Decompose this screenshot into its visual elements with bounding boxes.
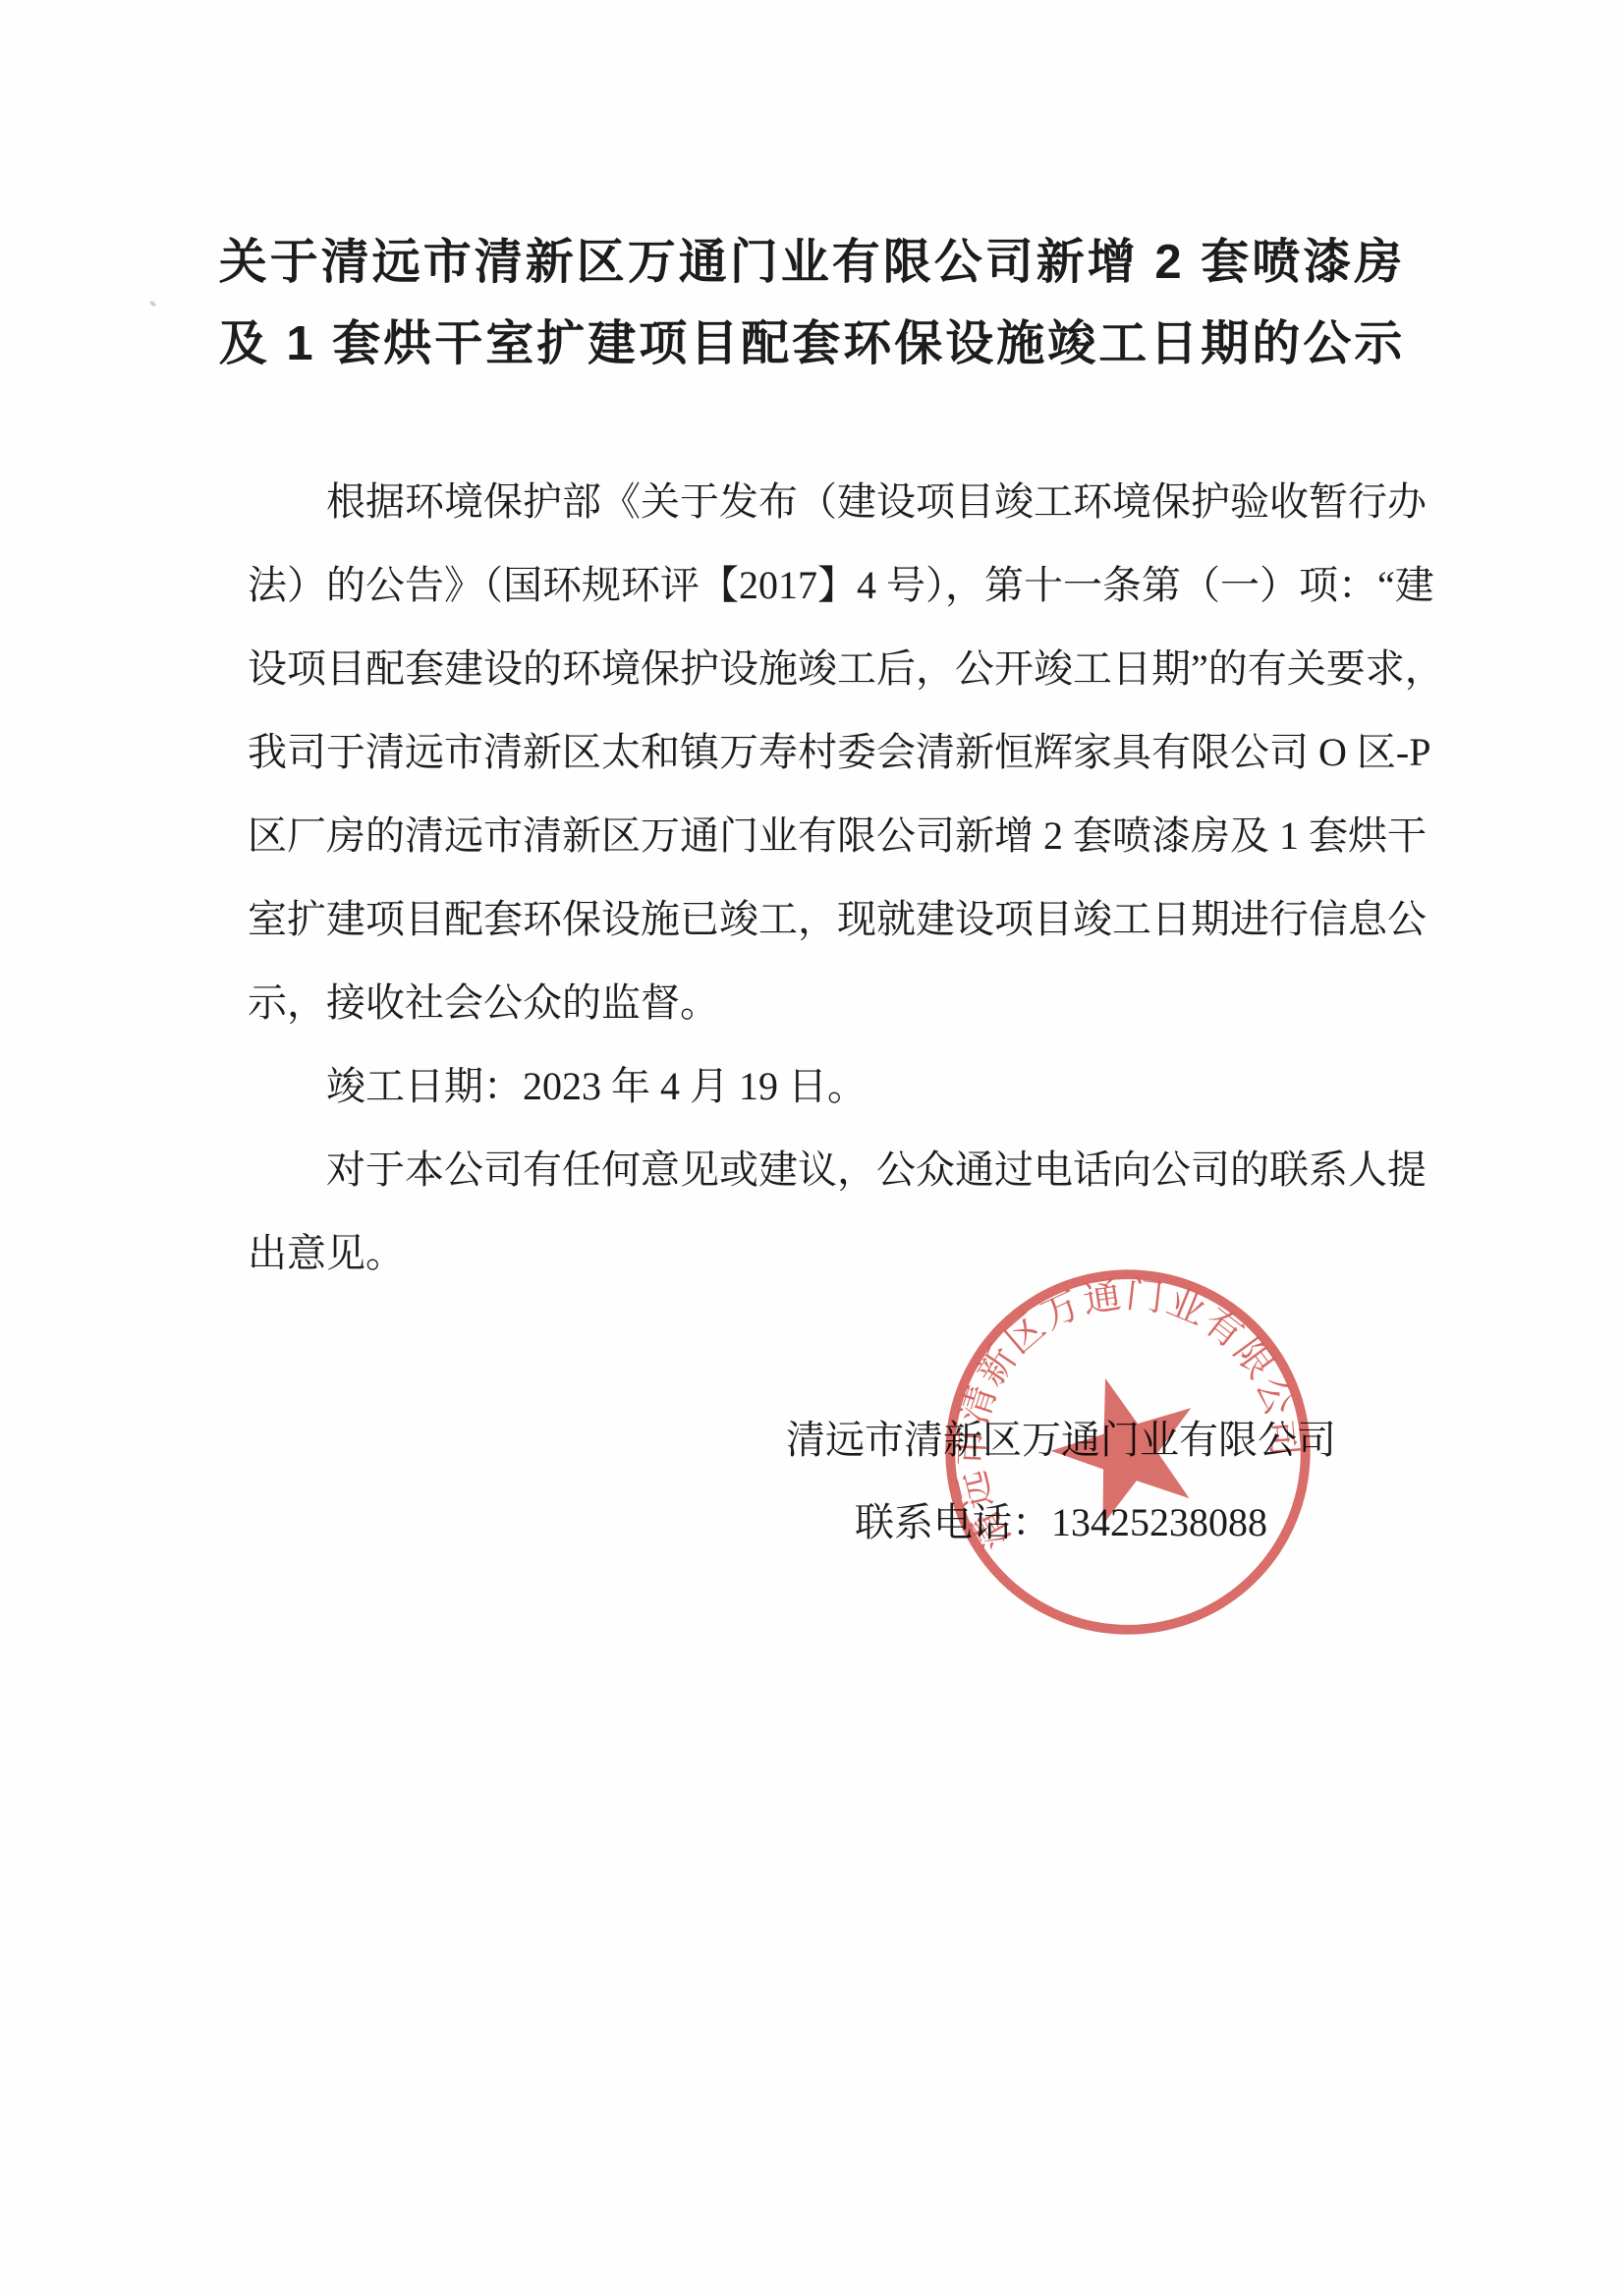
- body-line: 法）的公告》（国环规环评【2017】4 号），第十一条第（一）项：“建: [248, 543, 1379, 627]
- body-line: 我司于清远市清新区太和镇万寿村委会清新恒辉家具有限公司 O 区-P: [248, 710, 1379, 794]
- body-line: 设项目配套建设的环境保护设施竣工后，公开竣工日期”的有关要求，: [248, 627, 1379, 710]
- signature-company-name: 清远市清新区万通门业有限公司: [609, 1399, 1513, 1482]
- title-line-1: 关于清远市清新区万通门业有限公司新增 2 套喷漆房: [118, 222, 1506, 304]
- body-line: 室扩建项目配套环保设施已竣工，现就建设项目竣工日期进行信息公: [248, 877, 1379, 961]
- signature-contact-phone: 联系电话：13425238088: [609, 1482, 1513, 1564]
- signature-block: 清远市清新区万通门业有限公司 联系电话：13425238088: [609, 1399, 1513, 1564]
- announcement-page: 关于清远市清新区万通门业有限公司新增 2 套喷漆房 及 1 套烘干室扩建项目配套…: [0, 0, 1624, 2295]
- document-body: 根据环境保护部《关于发布（建设项目竣工环境保护验收暂行办 法）的公告》（国环规环…: [248, 460, 1379, 1295]
- document-title: 关于清远市清新区万通门业有限公司新增 2 套喷漆房 及 1 套烘干室扩建项目配套…: [118, 222, 1506, 385]
- body-line: 对于本公司有任何意见或建议，公众通过电话向公司的联系人提: [248, 1128, 1379, 1211]
- body-line: 出意见。: [248, 1211, 1379, 1295]
- title-line-2: 及 1 套烘干室扩建项目配套环保设施竣工日期的公示: [118, 304, 1506, 385]
- body-line: 区厂房的清远市清新区万通门业有限公司新增 2 套喷漆房及 1 套烘干: [248, 794, 1379, 877]
- completion-date-line: 竣工日期：2023 年 4 月 19 日。: [248, 1044, 1379, 1128]
- body-line: 示，接收社会公众的监督。: [248, 961, 1379, 1044]
- body-line: 根据环境保护部《关于发布（建设项目竣工环境保护验收暂行办: [248, 460, 1379, 543]
